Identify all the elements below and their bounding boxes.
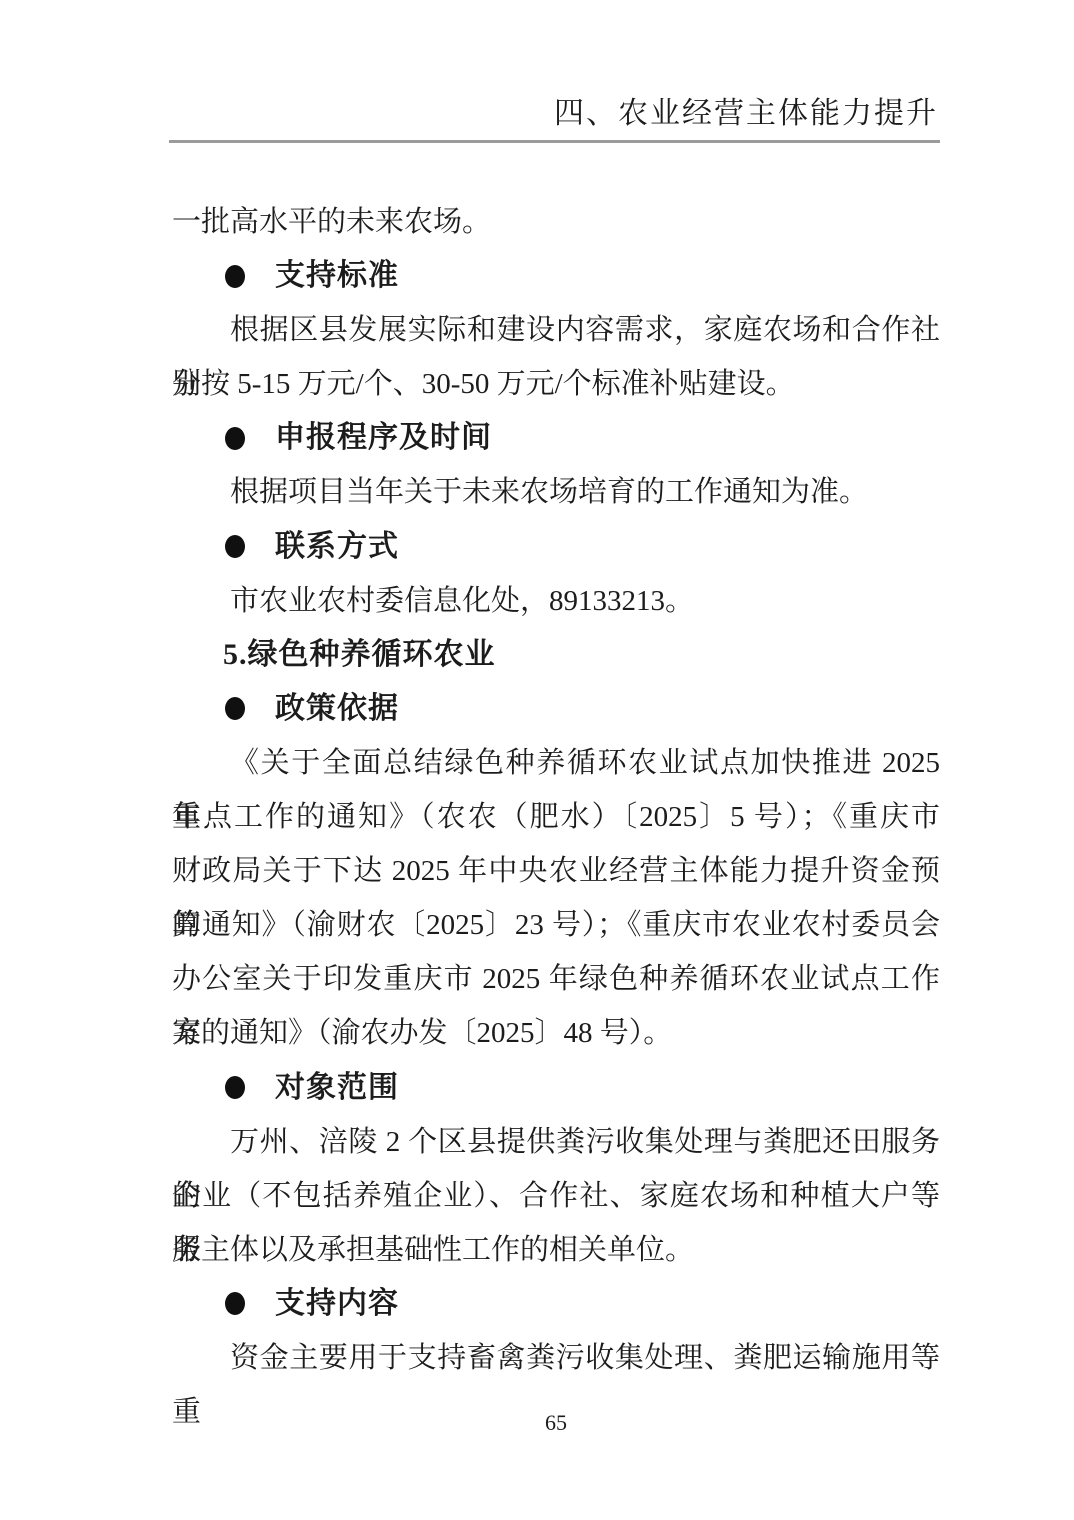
bullet-icon [225, 1076, 245, 1099]
paragraph-line-policy-2: 重点工作的通知》（农农（肥水）〔2025〕5 号）；《重庆市 [172, 790, 940, 844]
paragraph-line-subsidy-1: 根据区县发展实际和建设内容需求，家庭农场和合作社分 [172, 303, 940, 357]
bullet-heading-label: 联系方式 [275, 520, 399, 574]
paragraph-line-scope-3: 务主体以及承担基础性工作的相关单位。 [172, 1223, 940, 1277]
bullet-icon [225, 265, 245, 288]
page-number: 65 [172, 1408, 940, 1438]
bullet-heading-label: 支持标准 [275, 249, 399, 303]
paragraph-line-scope-2: 企业（不包括养殖企业）、合作社、家庭农场和种植大户等服 [172, 1169, 940, 1223]
page-header-section-title: 四、农业经营主体能力提升 [554, 96, 938, 132]
bullet-heading-label: 支持内容 [275, 1277, 399, 1331]
paragraph-line-policy-4: 的通知》（渝财农〔2025〕23 号）；《重庆市农业农村委员会 [172, 898, 940, 952]
bullet-heading-label: 政策依据 [275, 682, 399, 736]
section-heading-green-recycling-agriculture: 5.绿色种养循环农业 [223, 628, 940, 682]
header-divider [169, 140, 940, 143]
bullet-heading-support-standard: 支持标准 [172, 249, 940, 303]
paragraph-line-policy-6: 案的通知》（渝农办发〔2025〕48 号）。 [172, 1006, 940, 1060]
bullet-heading-policy-basis: 政策依据 [172, 682, 940, 736]
paragraph-line-policy-5: 办公室关于印发重庆市 2025 年绿色种养循环农业试点工作方 [172, 952, 940, 1006]
document-body: 一批高水平的未来农场。 支持标准 根据区县发展实际和建设内容需求，家庭农场和合作… [172, 195, 940, 1385]
bullet-icon [225, 1292, 245, 1315]
bullet-heading-label: 申报程序及时间 [275, 411, 492, 465]
paragraph-line-funds-usage: 资金主要用于支持畜禽粪污收集处理、粪肥运输施用等重 [172, 1331, 940, 1385]
paragraph-line-contact-info: 市农业农村委信息化处，89133213。 [172, 574, 940, 628]
bullet-heading-contact: 联系方式 [172, 520, 940, 574]
bullet-heading-target-scope: 对象范围 [172, 1061, 940, 1115]
paragraph-line-procedure-notice: 根据项目当年关于未来农场培育的工作通知为准。 [172, 465, 940, 519]
paragraph-line-subsidy-2: 别按 5-15 万元/个、30-50 万元/个标准补贴建设。 [172, 357, 940, 411]
paragraph-line-policy-1: 《关于全面总结绿色种养循环农业试点加快推进 2025 年 [172, 736, 940, 790]
bullet-heading-application-procedure: 申报程序及时间 [172, 411, 940, 465]
bullet-icon [225, 535, 245, 558]
bullet-heading-label: 对象范围 [275, 1061, 399, 1115]
paragraph-line-scope-1: 万州、涪陵 2 个区县提供粪污收集处理与粪肥还田服务的 [172, 1115, 940, 1169]
bullet-icon [225, 697, 245, 720]
bullet-heading-support-content: 支持内容 [172, 1277, 940, 1331]
bullet-icon [225, 427, 245, 450]
paragraph-line-future-farms: 一批高水平的未来农场。 [172, 195, 940, 249]
document-page: 四、农业经营主体能力提升 一批高水平的未来农场。 支持标准 根据区县发展实际和建… [0, 0, 1074, 1520]
paragraph-line-policy-3: 财政局关于下达 2025 年中央农业经营主体能力提升资金预算 [172, 844, 940, 898]
